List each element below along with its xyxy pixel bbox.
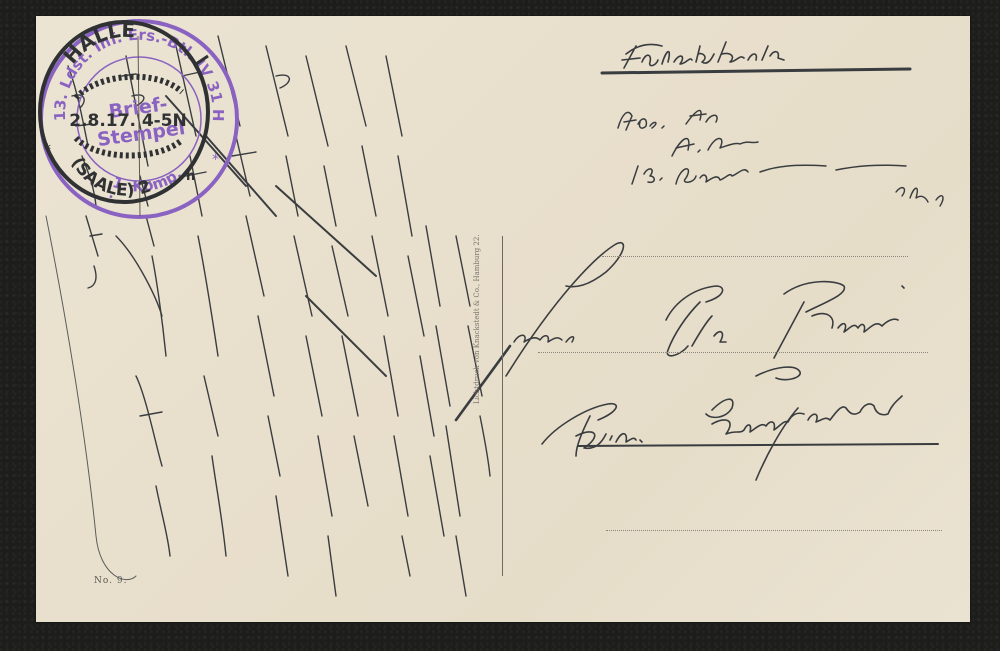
address-line-2 — [538, 352, 928, 353]
svg-text:*: * — [44, 142, 51, 158]
svg-text:(SAALE) 2: (SAALE) 2 — [67, 154, 154, 201]
card-number: No. 9. — [94, 576, 127, 586]
svg-text:h: h — [186, 169, 195, 184]
halle-postmark: HALLE 2.8.17. 4-5N (SAALE) 2 h * — [36, 16, 212, 206]
address-line-4 — [606, 530, 942, 531]
svg-text:*: * — [212, 152, 219, 168]
center-divider-line — [502, 236, 503, 576]
svg-text:HALLE: HALLE — [58, 18, 135, 68]
publisher-imprint: Lichtdruck von Knackstedt & Co., Hamburg… — [473, 234, 481, 404]
svg-text:2.8.17. 4-5N: 2.8.17. 4-5N — [69, 111, 187, 131]
address-line-1 — [602, 256, 908, 257]
postcard: 13. Ldst. Inf. Ers.-Btl. IV 31 Halle 1. … — [36, 16, 970, 622]
